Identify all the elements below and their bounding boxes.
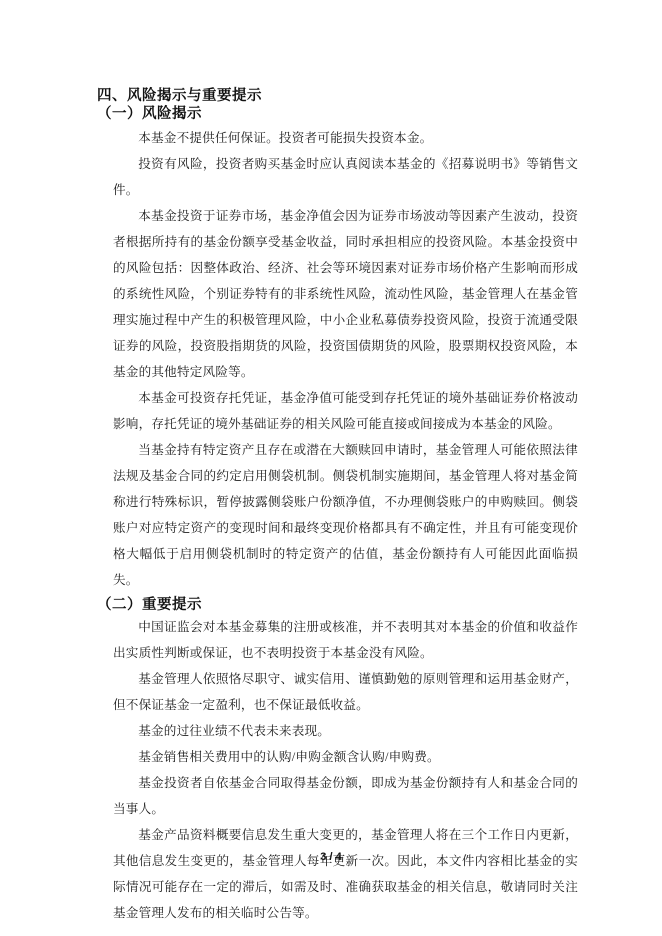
paragraph: 基金产品资料概要信息发生重大变更的，基金管理人将在三个工作日内更新，其他信息发生… xyxy=(113,822,578,926)
page-number: 3 / 4 xyxy=(0,851,662,863)
subsection-title-important-notes: （二）重要提示 xyxy=(97,597,578,614)
paragraph: 本基金不提供任何保证。投资者可能损失投资本金。 xyxy=(113,125,578,151)
paragraph: 基金销售相关费用中的认购/申购金额含认购/申购费。 xyxy=(113,744,578,770)
document-page: 四、风险揭示与重要提示 （一）风险揭示 本基金不提供任何保证。投资者可能损失投资… xyxy=(0,0,662,936)
paragraph: 本基金投资于证券市场，基金净值会因为证券市场波动等因素产生波动，投资者根据所持有… xyxy=(113,203,578,385)
document-content: 四、风险揭示与重要提示 （一）风险揭示 本基金不提供任何保证。投资者可能损失投资… xyxy=(97,88,578,926)
section-title: 四、风险揭示与重要提示 xyxy=(97,88,578,105)
paragraph: 投资有风险，投资者购买基金时应认真阅读本基金的《招募说明书》等销售文件。 xyxy=(113,151,578,203)
subsection-title-risk-disclosure: （一）风险揭示 xyxy=(97,106,578,123)
paragraph: 当基金持有特定资产且存在或潜在大额赎回申请时，基金管理人可能依照法律法规及基金合… xyxy=(113,437,578,593)
paragraph: 基金投资者自依基金合同取得基金份额，即成为基金份额持有人和基金合同的当事人。 xyxy=(113,770,578,822)
paragraph: 本基金可投资存托凭证，基金净值可能受到存托凭证的境外基础证券价格波动影响，存托凭… xyxy=(113,385,578,437)
paragraph: 中国证监会对本基金募集的注册或核准，并不表明其对本基金的价值和收益作出实质性判断… xyxy=(113,614,578,666)
paragraph: 基金管理人依照恪尽职守、诚实信用、谨慎勤勉的原则管理和运用基金财产，但不保证基金… xyxy=(113,666,578,718)
paragraph: 基金的过往业绩不代表未来表现。 xyxy=(113,718,578,744)
